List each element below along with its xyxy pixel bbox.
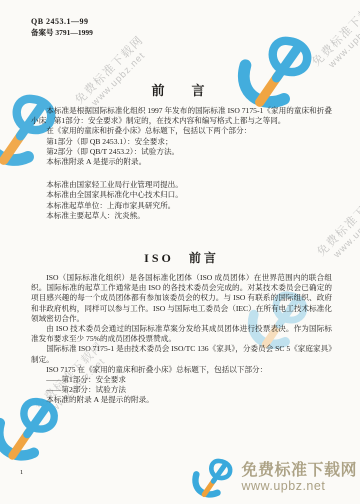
iso-paragraph: ISO（国际标准化组织）是各国标准化团体（ISO 成员团体）在世界范围内的联合组… bbox=[31, 273, 332, 324]
scanned-standard-page: 免费标准下载网 www.upbz.net 免费标准下载网 www.upbz.ne… bbox=[0, 0, 360, 504]
foreword-paragraph: 在《家用的童床和折叠小床》总标题下，包括以下两个部分： bbox=[31, 126, 332, 136]
footer-brand: 免费标准下载网 www.upbz.net bbox=[186, 455, 357, 501]
foreword-paragraph: 本标准附录 A 是提示的附录。 bbox=[31, 157, 332, 167]
foreword-note: 本标准由国家轻工业局行业管理司提出。 bbox=[31, 180, 332, 190]
foreword-note: 本标准起草单位：上海市家具研究所。 bbox=[31, 201, 332, 211]
standard-code: QB 2453.1—99 bbox=[31, 16, 332, 27]
footer-site-url: www.upbz.net bbox=[241, 480, 357, 493]
foreword-paragraph: 第1部分（即 QB 2453.1）：安全要求； bbox=[31, 137, 332, 147]
iso-paragraph: ISO 7175 在《家用的童床和折叠小床》总标题下，包括以下部分： bbox=[31, 365, 332, 375]
iso-paragraph: 本标准的附录 A 是提示的附录。 bbox=[31, 395, 332, 405]
iso-paragraph: 由 ISO 技术委员会通过的国际标准草案分发给其成员团体进行投票表决。作为国际标… bbox=[31, 324, 332, 344]
upbz-logo-footer bbox=[186, 455, 238, 501]
foreword-paragraph: 第2部分（即 QB/T 2453.2）：试验方法。 bbox=[31, 147, 332, 157]
iso-paragraph: 国际标准 ISO 7175-1 是由技术委员会 ISO/TC 136《家具》，分… bbox=[31, 344, 332, 364]
foreword-note: 本标准主要起草人：沈炎熊。 bbox=[31, 211, 332, 221]
iso-list-item: ——第1部分：安全要求 bbox=[31, 375, 332, 385]
iso-list-item: ——第2部分：试验方法 bbox=[31, 385, 332, 395]
footer-brand-text: 免费标准下载网 www.upbz.net bbox=[241, 463, 357, 493]
record-number: 备案号 3791—1999 bbox=[31, 27, 332, 38]
foreword-note: 本标准由全国家具标准化中心技术归口。 bbox=[31, 190, 332, 200]
foreword-title: 前 言 bbox=[31, 80, 332, 99]
iso-foreword-title: ISO 前言 bbox=[31, 249, 332, 266]
page-number: 1 bbox=[20, 469, 23, 476]
document-body: QB 2453.1—99 备案号 3791—1999 前 言 本标准是根据国际标… bbox=[31, 16, 332, 406]
foreword-notes: 本标准由国家轻工业局行业管理司提出。 本标准由全国家具标准化中心技术归口。 本标… bbox=[31, 180, 332, 221]
footer-site-name: 免费标准下载网 bbox=[241, 463, 357, 480]
foreword-paragraph: 本标准是根据国际标准化组织 1997 年发布的国际标准 ISO 7175-1《家… bbox=[31, 106, 332, 126]
